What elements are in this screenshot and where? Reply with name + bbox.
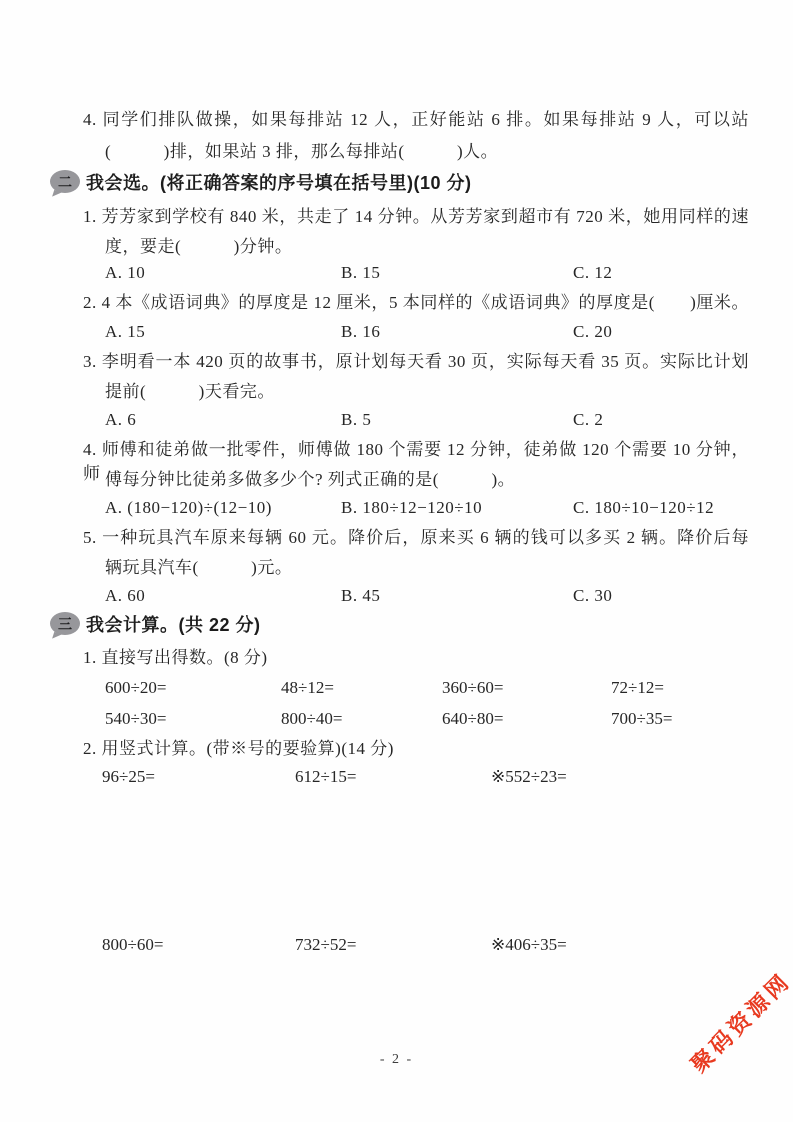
section-two-title: 我会选。(将正确答案的序号填在括号里)(10 分) (86, 171, 472, 195)
choice-q3-option-c: C. 2 (573, 408, 749, 432)
choice-q2-options: A. 15 B. 16 C. 20 (105, 320, 749, 344)
choice-q3-line-2: 提前( )天看完。 (105, 380, 749, 404)
choice-q2-option-b: B. 16 (341, 320, 573, 344)
choice-q2-option-a: A. 15 (105, 320, 341, 344)
choice-q4-option-c: C. 180÷10−120÷12 (573, 496, 749, 520)
section-three-badge-label: 三 (58, 614, 72, 634)
oral-calc-expression: 640÷80= (442, 707, 611, 731)
choice-q4-options: A. (180−120)÷(12−10) B. 180÷12−120÷10 C.… (105, 496, 749, 520)
fill-question-4-line-1: 4. 同学们排队做操，如果每排站 12 人，正好能站 6 排。如果每排站 9 人… (83, 108, 749, 132)
section-two-badge: 二 (50, 170, 80, 193)
vertical-calc-row-1: 96÷25= 612÷15= ※552÷23= (102, 765, 750, 789)
choice-q4-line-2: 傅每分钟比徒弟多做多少个? 列式正确的是( )。 (105, 468, 749, 492)
choice-q5-line-2: 辆玩具汽车( )元。 (105, 556, 749, 580)
oral-calc-expression: 48÷12= (281, 676, 442, 700)
vertical-calc-row-2: 800÷60= 732÷52= ※406÷35= (102, 933, 750, 957)
worksheet-page: 4. 同学们排队做操，如果每排站 12 人，正好能站 6 排。如果每排站 9 人… (0, 0, 793, 1122)
choice-q1-option-a: A. 10 (105, 261, 341, 285)
choice-q5-option-a: A. 60 (105, 584, 341, 608)
choice-q3-option-b: B. 5 (341, 408, 573, 432)
oral-calc-expression: 700÷35= (611, 707, 749, 731)
choice-q2-line-1: 2. 4 本《成语词典》的厚度是 12 厘米，5 本同样的《成语词典》的厚度是(… (83, 291, 749, 315)
oral-calc-expression: 72÷12= (611, 676, 749, 700)
vertical-calc-title: 2. 用竖式计算。(带※号的要验算)(14 分) (83, 737, 394, 761)
choice-q5-line-1: 5. 一种玩具汽车原来每辆 60 元。降价后，原来买 6 辆的钱可以多买 2 辆… (83, 526, 749, 550)
oral-calc-expression: 800÷40= (281, 707, 442, 731)
choice-q1-option-c: C. 12 (573, 261, 749, 285)
oral-calc-expression: 600÷20= (105, 676, 281, 700)
oral-calc-title: 1. 直接写出得数。(8 分) (83, 646, 268, 670)
oral-calc-expression: 540÷30= (105, 707, 281, 731)
vertical-calc-expression: 96÷25= (102, 765, 295, 789)
oral-calc-row-1: 600÷20= 48÷12= 360÷60= 72÷12= (105, 676, 749, 700)
vertical-calc-expression: ※406÷35= (491, 933, 750, 957)
choice-q5-options: A. 60 B. 45 C. 30 (105, 584, 749, 608)
section-three-title: 我会计算。(共 22 分) (86, 613, 261, 637)
vertical-calc-expression: ※552÷23= (491, 765, 750, 789)
fill-question-4-line-2: ( )排，如果站 3 排，那么每排站( )人。 (105, 140, 749, 164)
choice-q5-option-c: C. 30 (573, 584, 749, 608)
choice-q1-option-b: B. 15 (341, 261, 573, 285)
choice-q3-line-1: 3. 李明看一本 420 页的故事书，原计划每天看 30 页，实际每天看 35 … (83, 350, 749, 374)
choice-q2-option-c: C. 20 (573, 320, 749, 344)
choice-q3-option-a: A. 6 (105, 408, 341, 432)
vertical-calc-expression: 732÷52= (295, 933, 491, 957)
oral-calc-expression: 360÷60= (442, 676, 611, 700)
section-three-badge: 三 (50, 612, 80, 635)
choice-q1-line-2: 度，要走( )分钟。 (105, 235, 749, 259)
choice-q4-option-b: B. 180÷12−120÷10 (341, 496, 573, 520)
choice-q4-option-a: A. (180−120)÷(12−10) (105, 496, 341, 520)
choice-q3-options: A. 6 B. 5 C. 2 (105, 408, 749, 432)
vertical-calc-expression: 800÷60= (102, 933, 295, 957)
vertical-calc-expression: 612÷15= (295, 765, 491, 789)
choice-q5-option-b: B. 45 (341, 584, 573, 608)
choice-q1-line-1: 1. 芳芳家到学校有 840 米，共走了 14 分钟。从芳芳家到超市有 720 … (83, 205, 749, 229)
section-two-badge-label: 二 (58, 172, 72, 192)
choice-q1-options: A. 10 B. 15 C. 12 (105, 261, 749, 285)
oral-calc-row-2: 540÷30= 800÷40= 640÷80= 700÷35= (105, 707, 749, 731)
